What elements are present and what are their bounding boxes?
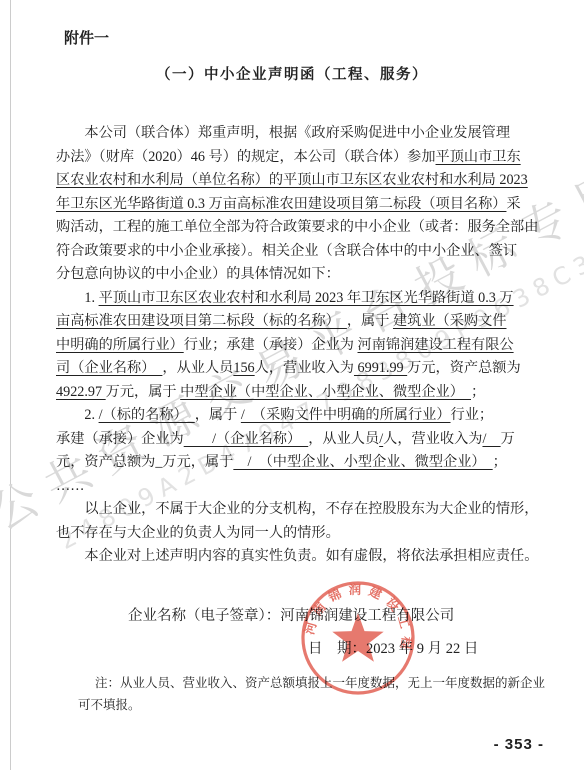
signature-company-line: 企业名称（电子签章）：河南锦润建设工程有限公司 (128, 604, 454, 625)
body-line: 本公司（联合体）郑重声明，根据《政府采购促进中小企业发展管理 (56, 122, 542, 146)
body-line: 购活动，工程的施工单位全部为符合政策要求的中小企业（或者：服务全部由 (56, 216, 542, 240)
body-line: 亩高标准农田建设项目第二标段（标的名称） ，属于 建筑业（采购文件 (56, 310, 542, 334)
body-line: 4922.97 万元，属于 中型企业（中型企业、小型企业、微型企业） ； (56, 381, 542, 405)
signature-company-label: 企业名称（电子签章）： (128, 608, 280, 624)
footnote-line2: 可不填报。 (78, 694, 546, 716)
document-title: （一）中小企业声明函（工程、服务） (0, 63, 584, 84)
body-line: 以上企业，不属于大企业的分支机构，不存在控股股东为大企业的情形， (56, 498, 542, 522)
body-line: 中明确的所属行业）行业；承建（承接）企业为 河南锦润建设工程有限公 (56, 334, 542, 358)
body-line: 办法》（财库（2020）46 号）的规定，本公司（联合体）参加平顶山市卫东 (56, 146, 542, 170)
signature-date-line: 日 期：2023 年 9 月 22 日 (308, 637, 478, 658)
attachment-label: 附件一 (64, 27, 109, 48)
document-body: 本公司（联合体）郑重声明，根据《政府采购促进中小企业发展管理办法》（财库（202… (56, 122, 542, 569)
body-line: 元，资产总额为_万元，属于 / （中型企业、小型企业、微型企业） ； (56, 451, 542, 475)
footnote: 注：从业人员、营业收入、资产总额填报上一年度数据，无上一年度数据的新企业 可不填… (78, 672, 546, 716)
footnote-line1: 注：从业人员、营业收入、资产总额填报上一年度数据，无上一年度数据的新企业 (78, 672, 546, 694)
body-line: 1. 平顶山市卫东区农业农村和水利局 2023 年卫东区光华路街道 0.3 万 (56, 287, 542, 311)
body-line: 区农业农村和水利局（单位名称）的平顶山市卫东区农业农村和水利局 2023 (56, 169, 542, 193)
body-line: 2. /（标的名称） ，属于 / （采购文件中明确的所属行业）行业； (56, 404, 542, 428)
body-line: 司（企业名称） ，从业人员156人，营业收入为 6991.99 万元，资产总额为 (56, 357, 542, 381)
signature-company-name: 河南锦润建设工程有限公司 (280, 608, 454, 624)
body-line: 符合政策要求的中小企业承接）。相关企业（含联合体中的中小企业、签订 (56, 240, 542, 264)
page-edge-line (10, 0, 11, 770)
body-line: 分包意向协议的中小企业）的具体情况如下： (56, 263, 542, 287)
page-number: - 353 - (494, 736, 544, 753)
body-line: 年卫东区光华路街道 0.3 万亩高标准农田建设项目第二标段（项目名称）采 (56, 193, 542, 217)
body-line: 也不存在与大企业的负责人为同一人的情形。 (56, 522, 542, 546)
body-line: …… (56, 475, 542, 499)
body-line: 承建（承接）企业为 /（企业名称） ，从业人员/人，营业收入为/ 万 (56, 428, 542, 452)
document-page: 公共资源交易平台投标专用 24809A2B470477983809P9638C3… (0, 0, 584, 770)
body-line: 本企业对上述声明内容的真实性负责。如有虚假，将依法承担相应责任。 (56, 545, 542, 569)
